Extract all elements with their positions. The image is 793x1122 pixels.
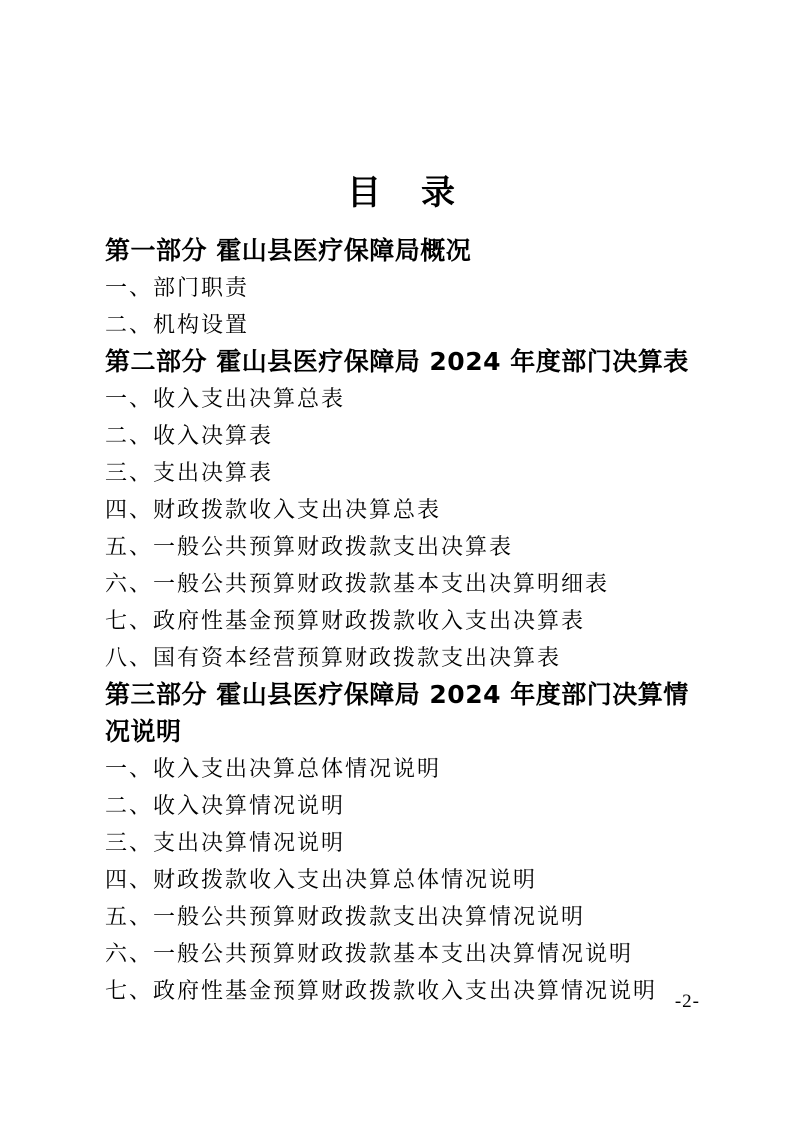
page-title: 目 录 [105,172,700,214]
toc-item: 七、政府性基金预算财政拨款收入支出决算情况说明 [105,972,700,1009]
toc-item: 二、收入决算情况说明 [105,787,700,824]
toc-section-heading-2: 第二部分 霍山县医疗保障局 2024 年度部门决算表 [105,343,700,380]
toc-item: 五、一般公共预算财政拨款支出决算情况说明 [105,898,700,935]
toc-item: 六、一般公共预算财政拨款基本支出决算情况说明 [105,935,700,972]
toc-section-heading-1: 第一部分 霍山县医疗保障局概况 [105,232,700,269]
document-page: 目 录 第一部分 霍山县医疗保障局概况 一、部门职责 二、机构设置 第二部分 霍… [0,0,793,1122]
toc-item: 一、部门职责 [105,269,700,306]
toc-item: 二、机构设置 [105,306,700,343]
toc-item: 三、支出决算情况说明 [105,824,700,861]
toc-item: 五、一般公共预算财政拨款支出决算表 [105,528,700,565]
toc-item: 四、财政拨款收入支出决算总体情况说明 [105,861,700,898]
toc-item: 一、收入支出决算总体情况说明 [105,750,700,787]
table-of-contents: 第一部分 霍山县医疗保障局概况 一、部门职责 二、机构设置 第二部分 霍山县医疗… [105,232,700,1009]
toc-section-heading-3: 第三部分 霍山县医疗保障局 2024 年度部门决算情况说明 [105,676,700,750]
toc-item: 六、一般公共预算财政拨款基本支出决算明细表 [105,565,700,602]
toc-item: 三、支出决算表 [105,454,700,491]
page-number: -2- [675,990,700,1014]
toc-item: 八、国有资本经营预算财政拨款支出决算表 [105,639,700,676]
toc-item: 四、财政拨款收入支出决算总表 [105,491,700,528]
toc-item: 二、收入决算表 [105,417,700,454]
toc-item: 一、收入支出决算总表 [105,380,700,417]
toc-item: 七、政府性基金预算财政拨款收入支出决算表 [105,602,700,639]
